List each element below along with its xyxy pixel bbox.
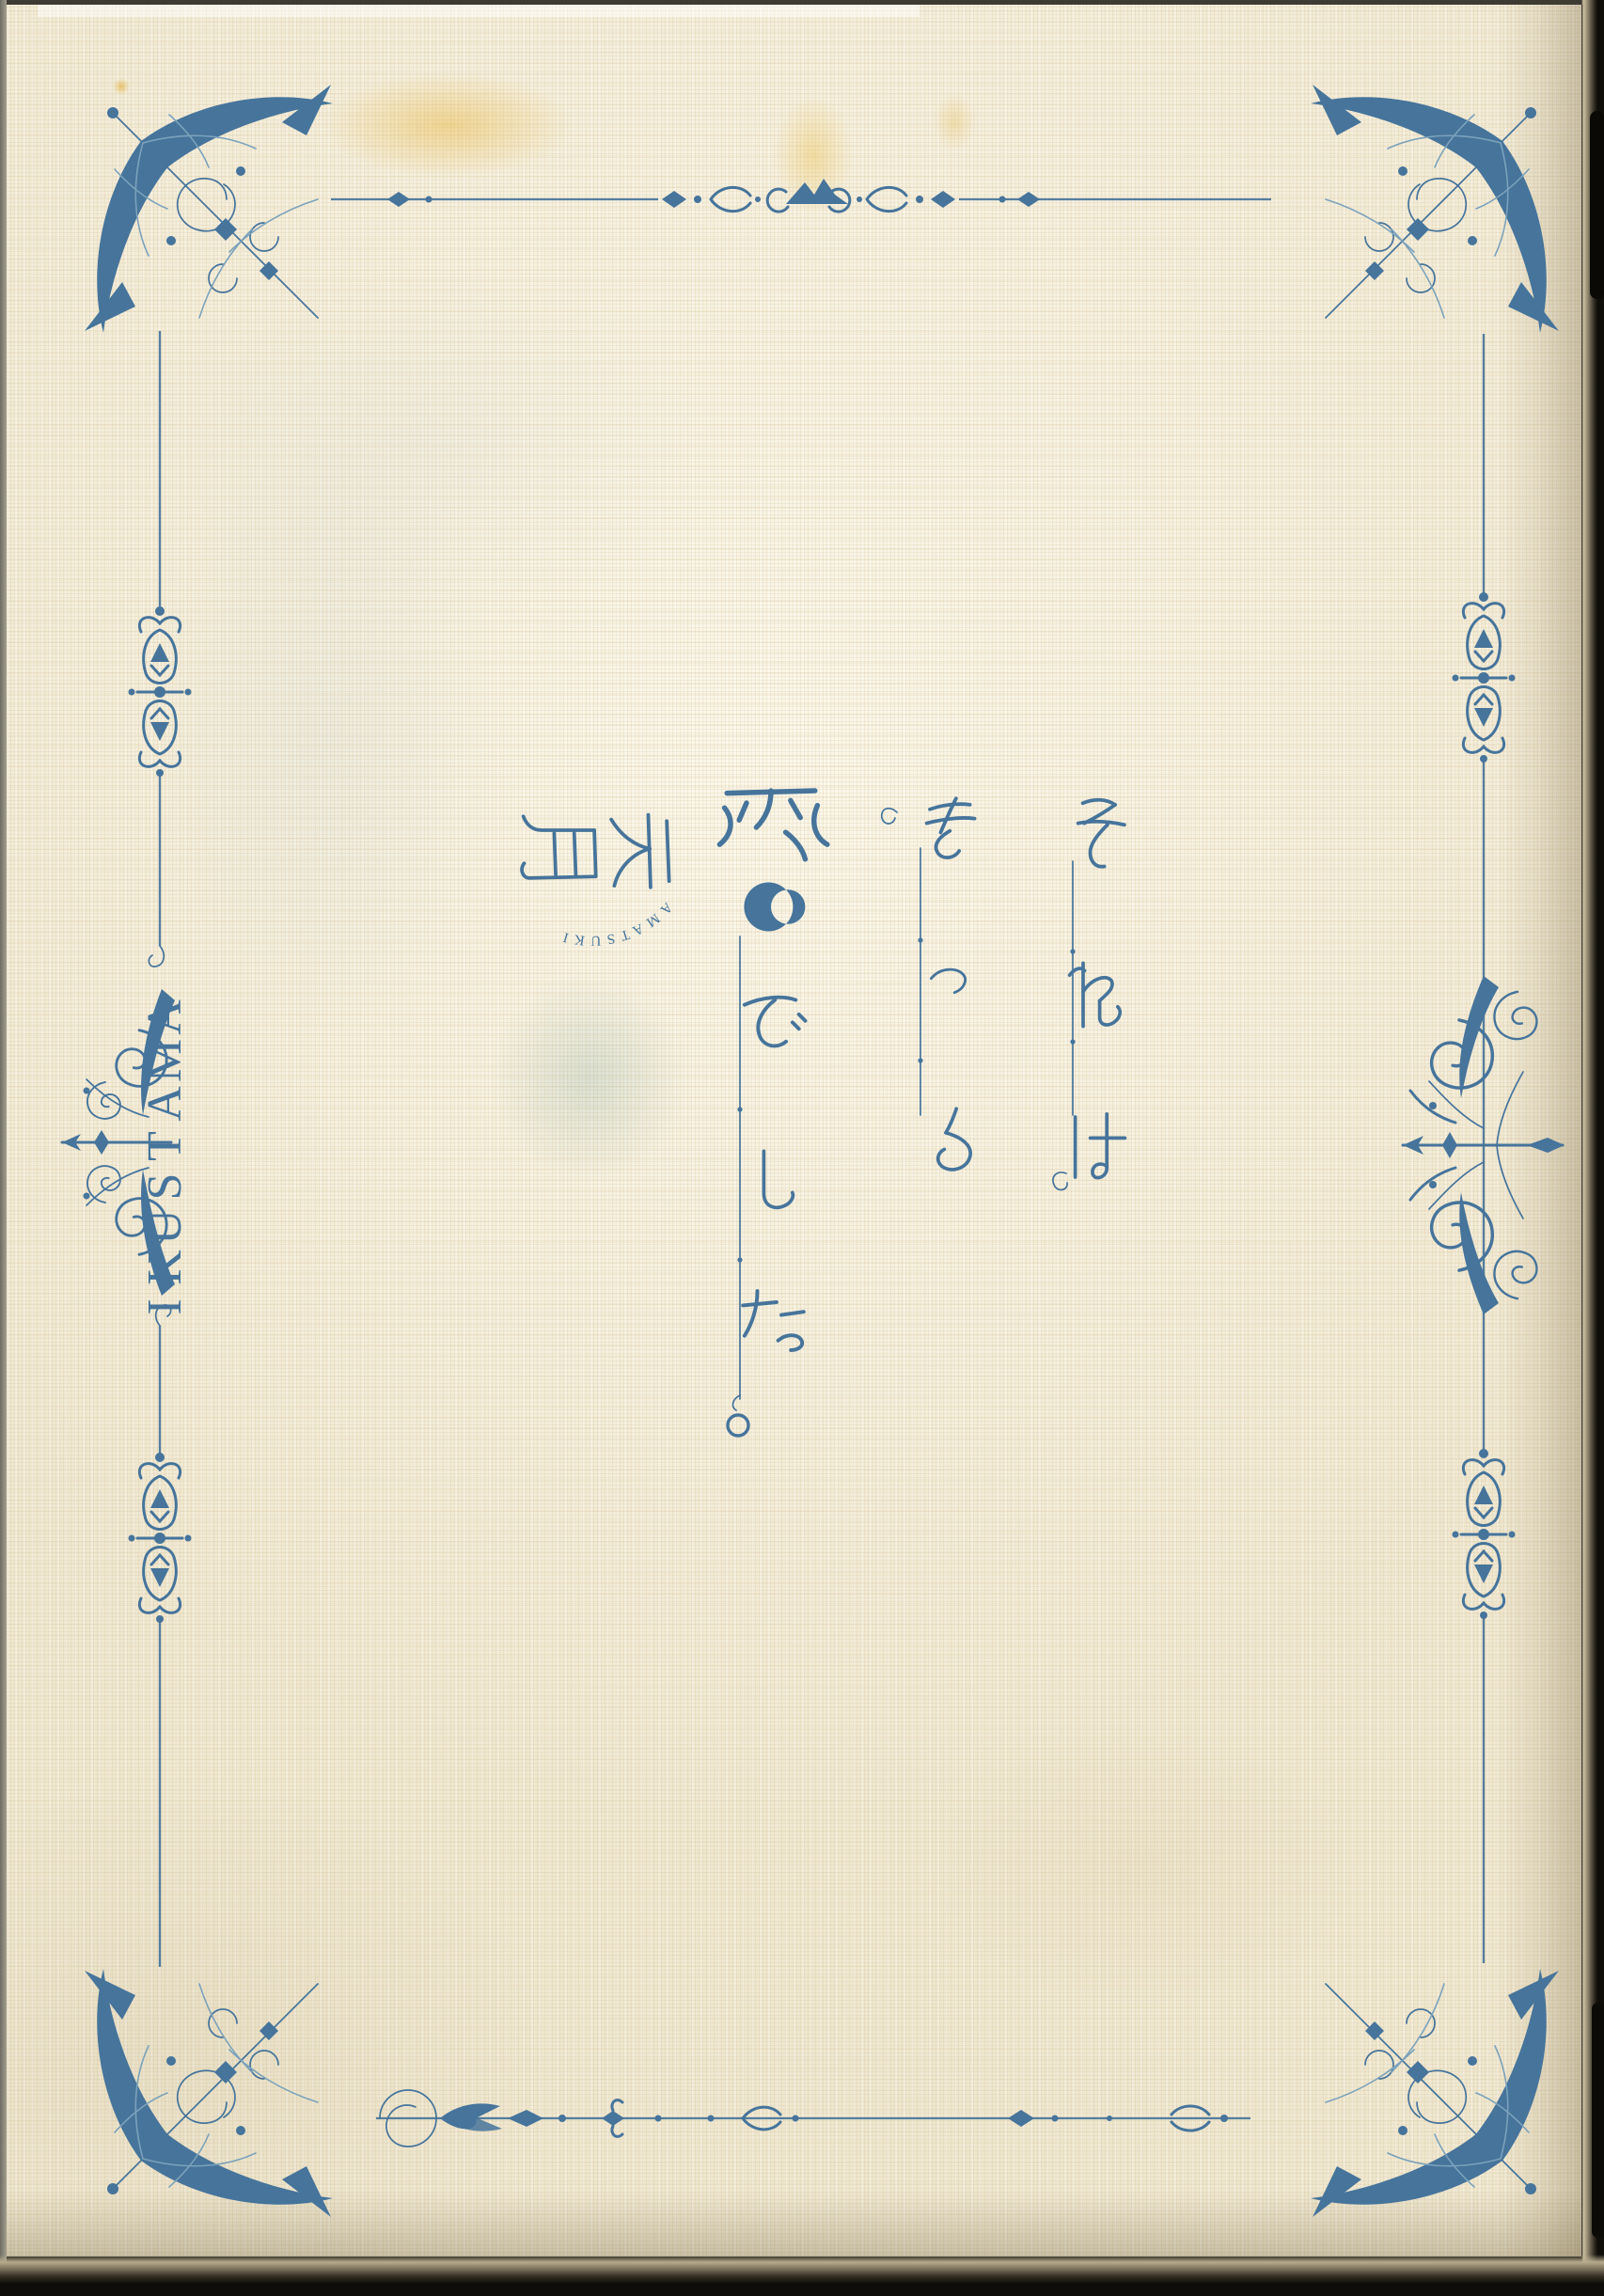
kana-ha [1076, 1114, 1125, 1178]
left-border-lens-ornament-bottom [129, 1453, 192, 1623]
side-wordmark-letter: I [138, 1298, 192, 1314]
title-column-sorewa [1053, 800, 1124, 1190]
side-wordmark-letter: K [138, 1250, 192, 1285]
period-mark [728, 1415, 748, 1436]
border-frame [160, 199, 1484, 2118]
artist-logo: AMATSUKI [519, 815, 675, 948]
kana-de [745, 998, 806, 1046]
kana-so [1078, 800, 1124, 867]
right-border-lens-ornament-bottom [1453, 1449, 1516, 1619]
kanji-koi [719, 791, 826, 932]
printed-cover-artwork: AMATSUKI AMATSUKI [0, 0, 1604, 2296]
kana-small-tsu [931, 969, 965, 993]
kana-to [938, 1109, 970, 1170]
right-border-lens-ornament-top [1453, 592, 1516, 763]
artist-logo-kanji [522, 815, 668, 888]
kana-ta [743, 1291, 804, 1350]
corner-flourish-bottom-left [85, 1969, 333, 2217]
title-column-kitto [882, 798, 975, 1170]
side-wordmark-letter: T [138, 1131, 192, 1161]
side-wordmark-letter: A [138, 1086, 192, 1122]
side-wordmark-letter: A [138, 999, 192, 1035]
corner-flourish-top-left [85, 85, 333, 333]
left-border-wordmark-panel: AMATSUKI [62, 946, 192, 1326]
kana-re [1070, 963, 1121, 1026]
side-wordmark-letter: S [138, 1173, 192, 1201]
corner-flourish-top-right [1311, 85, 1559, 333]
left-border-lens-ornament-top [129, 606, 192, 777]
side-wordmark-letter: U [138, 1209, 192, 1245]
crescent-moon-icon [744, 883, 805, 932]
side-wordmark-letter: M [138, 1039, 192, 1082]
title-column-koideshita [719, 791, 826, 1436]
kana-shi [763, 1151, 793, 1207]
kana-ki [927, 798, 975, 857]
scanned-album-cover: AMATSUKI AMATSUKI [0, 0, 1604, 2296]
top-border-ornament [387, 179, 1040, 212]
artist-logo-arc-text: AMATSUKI [557, 899, 675, 948]
corner-flourish-bottom-right [1311, 1969, 1559, 2217]
side-wordmark-amatsuki: AMATSUKI [138, 999, 192, 1315]
